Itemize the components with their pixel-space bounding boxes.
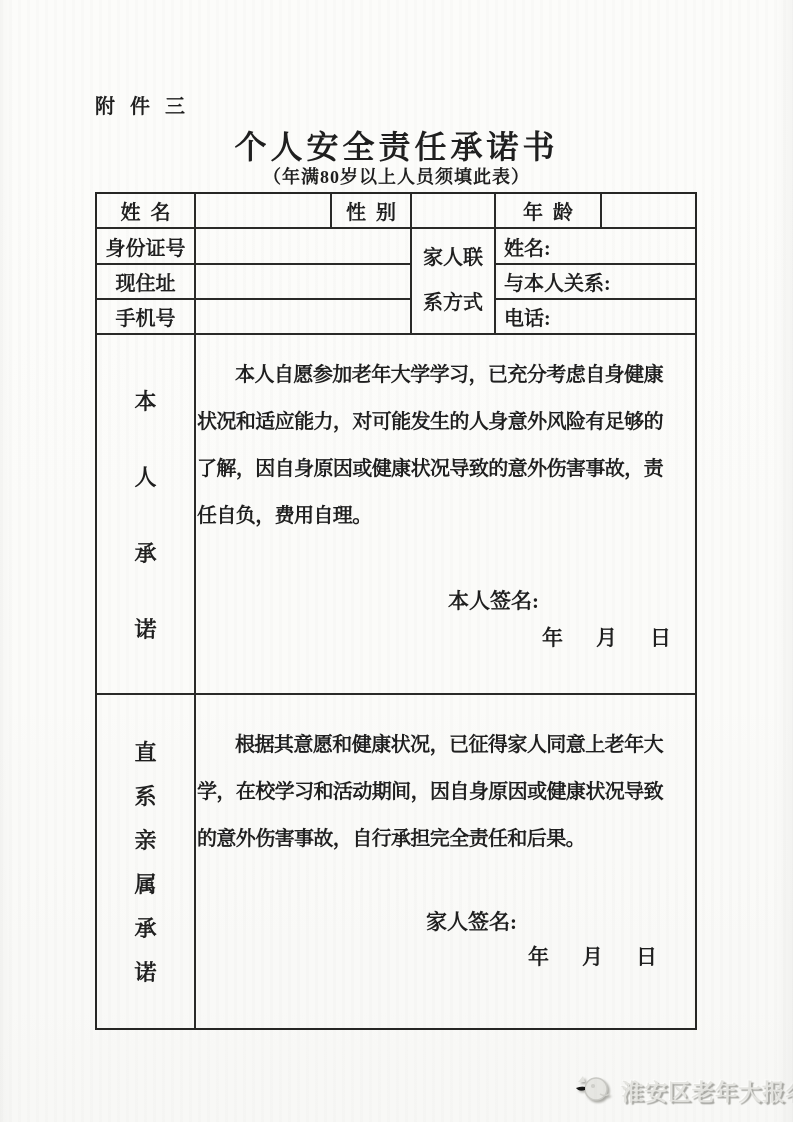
family-pledge-char-3: 亲	[134, 824, 156, 855]
personal-date-month: 月	[596, 622, 617, 652]
name-value-cell	[196, 194, 330, 227]
personal-pledge-paragraph: 本人自愿参加老年大学学习，已充分考虑自身健康状况和适应能力，对可能发生的人身意外…	[197, 352, 663, 540]
family-pledge-char-5: 承	[134, 912, 156, 943]
family-sign-label: 家人签名:	[426, 906, 517, 936]
personal-pledge-char-1: 本	[134, 385, 156, 416]
family-contact-line1: 家人联	[423, 236, 483, 281]
address-label: 现住址	[97, 265, 194, 298]
family-pledge-char-6: 诺	[134, 956, 156, 987]
age-label: 年 龄	[496, 194, 600, 227]
family-relation-label: 与本人关系:	[496, 265, 695, 298]
form-subtitle: （年满80岁以上人员须填此表）	[0, 163, 793, 189]
family-pledge-char-4: 属	[134, 868, 156, 899]
family-pledge-char-1: 直	[134, 736, 156, 767]
family-pledge-label: 直 系 亲 属 承 诺	[97, 695, 194, 1028]
personal-sign-label: 本人签名:	[448, 585, 539, 615]
family-phone-label: 电话:	[496, 300, 695, 333]
personal-date-year: 年	[542, 622, 563, 652]
family-contact-label: 家人联 系方式	[412, 229, 494, 333]
family-date-line: 年 月 日	[528, 941, 657, 971]
personal-pledge-label: 本 人 承 诺	[97, 335, 194, 693]
personal-date-day: 日	[650, 622, 671, 652]
personal-pledge-char-4: 诺	[134, 613, 156, 644]
mobile-label: 手机号	[97, 300, 194, 333]
mobile-value-cell	[196, 300, 410, 333]
id-number-label: 身份证号	[97, 229, 194, 263]
family-date-year: 年	[528, 941, 549, 971]
gender-label: 性 别	[332, 194, 410, 227]
family-name-label: 姓名:	[496, 229, 695, 263]
watermark-text: 淮安区老年大报名	[621, 1074, 793, 1107]
scanned-form-page: 附 件 三 个人安全责任承诺书 （年满80岁以上人员须填此表） 姓 名 性 别 …	[0, 0, 793, 1122]
family-pledge-paragraph: 根据其意愿和健康状况，已征得家人同意上老年大学，在校学习和活动期间，因自身原因或…	[197, 722, 663, 863]
personal-pledge-char-3: 承	[134, 537, 156, 568]
name-label: 姓 名	[97, 194, 194, 227]
personal-date-line: 年 月 日	[542, 622, 671, 652]
gender-value-cell	[412, 194, 494, 227]
personal-pledge-char-2: 人	[134, 461, 156, 492]
family-pledge-content: 根据其意愿和健康状况，已征得家人同意上老年大学，在校学习和活动期间，因自身原因或…	[196, 695, 695, 1028]
age-value-cell	[602, 194, 695, 227]
family-date-day: 日	[636, 941, 657, 971]
address-value-cell	[196, 265, 410, 298]
watermark: 淮安区老年大报名	[574, 1072, 793, 1109]
personal-pledge-content: 本人自愿参加老年大学学习，已充分考虑自身健康状况和适应能力，对可能发生的人身意外…	[196, 335, 695, 693]
commitment-form-table: 姓 名 性 别 年 龄 身份证号 现住址 手机号 家人联 系方式 姓名: 与本人…	[95, 192, 697, 1030]
family-pledge-char-2: 系	[134, 780, 156, 811]
attachment-label: 附 件 三	[95, 90, 190, 119]
form-title: 个人安全责任承诺书	[0, 122, 793, 168]
bird-logo-icon	[574, 1072, 614, 1109]
family-date-month: 月	[582, 941, 603, 971]
family-contact-line2: 系方式	[423, 281, 483, 326]
id-number-value-cell	[196, 229, 410, 263]
